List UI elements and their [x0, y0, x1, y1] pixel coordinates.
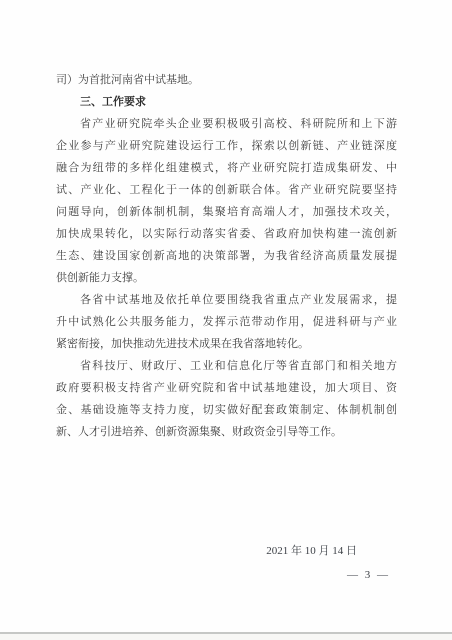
- document-page: 司）为首批河南省中试基地。 三、工作要求 省产业研究院牵头企业要积极吸引高校、科…: [0, 0, 452, 640]
- body-line: 省产业研究院牵头企业要积极吸引高校、科研院所和上下游: [56, 113, 397, 135]
- continuation-line: 司）为首批河南省中试基地。: [56, 69, 397, 91]
- body-line: 企业参与产业研究院建设运行工作，探索以创新链、产业链深度: [56, 135, 397, 157]
- body-line: 供创新能力支撑。: [56, 267, 397, 289]
- body-line: 省科技厅、财政厅、工业和信息化厅等省直部门和相关地方: [56, 355, 397, 377]
- section-heading: 三、工作要求: [56, 91, 397, 113]
- body-line: 加快成果转化，以实际行动落实省委、省政府加快构建一流创新: [56, 223, 397, 245]
- body-line: 生态、建设国家创新高地的决策部署，为我省经济高质量发展提: [56, 245, 397, 267]
- body-line: 试、产业化、工程化于一体的创新联合体。省产业研究院要坚持: [56, 179, 397, 201]
- scan-margin-strip: [0, 634, 452, 640]
- body-line: 升中试熟化公共服务能力，发挥示范带动作用，促进科研与产业: [56, 311, 397, 333]
- body-line: 紧密衔接，加快推动先进技术成果在我省落地转化。: [56, 333, 397, 355]
- document-body: 司）为首批河南省中试基地。 三、工作要求 省产业研究院牵头企业要积极吸引高校、科…: [56, 69, 397, 443]
- body-line: 金、基础设施等支持力度，切实做好配套政策制定、体制机制创: [56, 399, 397, 421]
- body-line: 问题导向，创新体制机制，集聚培育高端人才，加强技术攻关，: [56, 201, 397, 223]
- body-line: 新、人才引进培养、创新资源集聚、财政资金引导等工作。: [56, 421, 397, 443]
- body-line: 各省中试基地及依托单位要围绕我省重点产业发展需求，提: [56, 289, 397, 311]
- body-line: 政府要积极支持省产业研究院和省中试基地建设，加大项目、资: [56, 377, 397, 399]
- document-date: 2021 年 10 月 14 日: [56, 540, 357, 562]
- body-line: 融合为纽带的多样化组建模式，将产业研究院打造成集研发、中: [56, 157, 397, 179]
- page-number: — 3 —: [56, 564, 390, 586]
